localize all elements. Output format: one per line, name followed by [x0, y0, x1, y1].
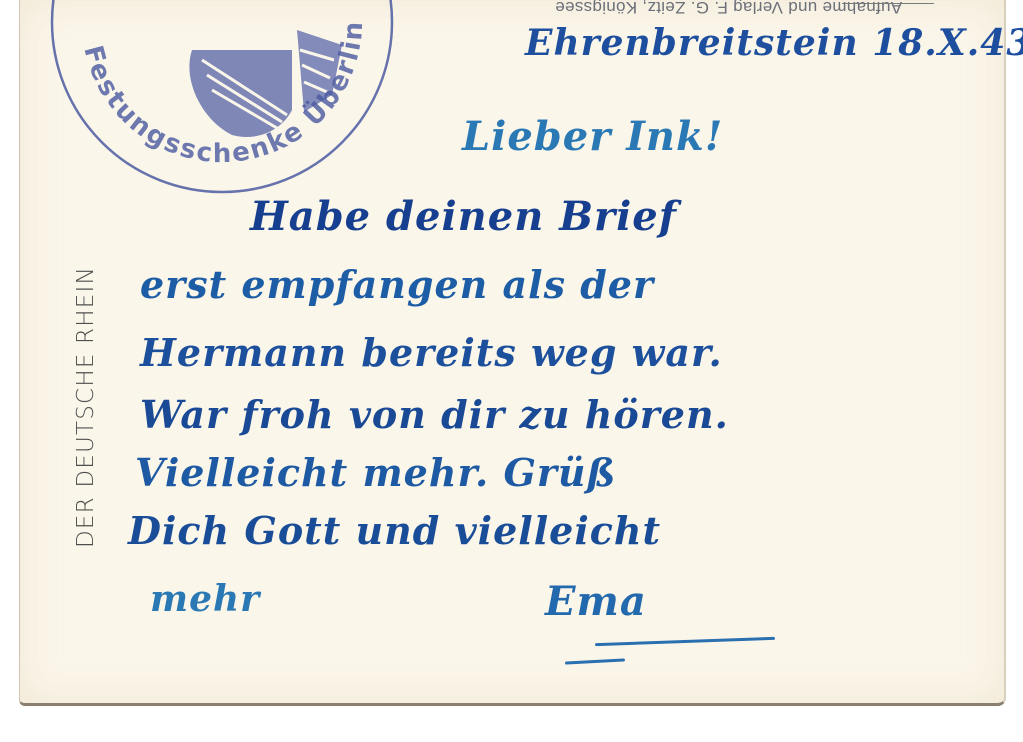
- letter-line: Habe deinen Brief: [250, 193, 677, 240]
- postmark-stamp: Festungsschenke Überlingen * Bes. B: [42, 0, 402, 195]
- letter-line: Hermann bereits weg war.: [140, 330, 723, 375]
- address-line: [842, 3, 934, 4]
- series-title: DER DEUTSCHE RHEIN: [73, 266, 99, 548]
- letter-line: Dich Gott und vielleicht: [128, 508, 661, 553]
- letter-line: mehr: [150, 578, 260, 620]
- place-date: Ehrenbreitstein 18.X.43.: [525, 22, 1023, 64]
- signature: Ema: [545, 578, 647, 625]
- letter-line: Vielleicht mehr. Grüß: [135, 450, 616, 495]
- letter-line: War froh von dir zu hören.: [140, 392, 729, 437]
- letter-line: erst empfangen als der: [140, 262, 654, 307]
- greeting: Lieber Ink!: [462, 113, 723, 160]
